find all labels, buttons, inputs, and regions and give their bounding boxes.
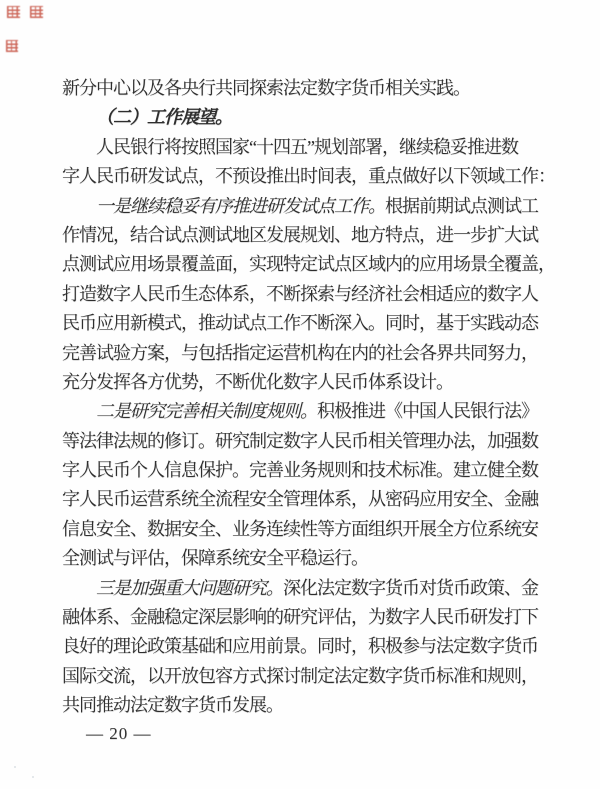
text-line: 打造数字人民币生态体系，不断探索与经济社会相适应的数字人 bbox=[62, 280, 540, 309]
body-text: 充分发挥各方优势，不断优化数字人民币体系设计。 bbox=[62, 372, 453, 392]
document-page: 新分中心以及各央行共同探索法定数字货币相关实践。（二）工作展望。人民银行将按照国… bbox=[0, 0, 600, 789]
text-line: 良好的理论政策基础和应用前景。同时，积极参与法定数字货币 bbox=[62, 632, 540, 661]
red-stamp-mark bbox=[30, 6, 43, 18]
body-text: 点测试应用场景覆盖面，实现特定试点区域内的应用场景全覆盖， bbox=[62, 254, 555, 274]
text-line: 作情况，结合试点测试地区发展规划、地方特点，进一步扩大试 bbox=[62, 221, 540, 250]
text-line: 人民银行将按照国家“十四五”规划部署，继续稳妥推进数 bbox=[62, 133, 540, 162]
text-line: 字人民币个人信息保护。完善业务规则和技术标准。建立健全数 bbox=[62, 456, 540, 485]
text-line: 等法律法规的修订。研究制定数字人民币相关管理办法，加强数 bbox=[62, 427, 540, 456]
body-text: 融体系、金融稳定深层影响的研究评估，为数字人民币研发打下 bbox=[62, 607, 538, 627]
body-text: 根据前期试点测试工 bbox=[385, 196, 538, 216]
scan-speck bbox=[32, 776, 34, 778]
text-line: 国际交流，以开放包容方式探讨制定法定数字货币标准和规则， bbox=[62, 662, 540, 691]
body-text: 民币应用新模式，推动试点工作不断深入。同时，基于实践动态 bbox=[62, 313, 538, 333]
body-text: 共同推动法定数字货币发展。 bbox=[62, 695, 283, 715]
lead-in-text: （二）工作展望。 bbox=[96, 107, 232, 127]
body-text: 积极推进《中国人民银行法》 bbox=[317, 401, 538, 421]
text-line: 民币应用新模式，推动试点工作不断深入。同时，基于实践动态 bbox=[62, 309, 540, 338]
body-text: 字人民币个人信息保护。完善业务规则和技术标准。建立健全数 bbox=[62, 460, 538, 480]
text-line: 融体系、金融稳定深层影响的研究评估，为数字人民币研发打下 bbox=[62, 603, 540, 632]
body-text: 新分中心以及各央行共同探索法定数字货币相关实践。 bbox=[62, 78, 470, 98]
text-line: 二是研究完善相关制度规则。积极推进《中国人民银行法》 bbox=[62, 397, 540, 426]
text-line: 完善试验方案，与包括指定运营机构在内的社会各界共同努力， bbox=[62, 339, 540, 368]
text-line: 信息安全、数据安全、业务连续性等方面组织开展全方位系统安 bbox=[62, 515, 540, 544]
body-text: 作情况，结合试点测试地区发展规划、地方特点，进一步扩大试 bbox=[62, 225, 538, 245]
lead-in-text: 二是研究完善相关制度规则。 bbox=[96, 401, 317, 421]
text-line: （二）工作展望。 bbox=[62, 103, 540, 132]
body-text: 良好的理论政策基础和应用前景。同时，积极参与法定数字货币 bbox=[62, 636, 538, 656]
body-text: 全测试与评估，保障系统安全平稳运行。 bbox=[62, 548, 368, 568]
document-body: 新分中心以及各央行共同探索法定数字货币相关实践。（二）工作展望。人民银行将按照国… bbox=[62, 74, 540, 721]
text-line: 字人民币运营系统全流程安全管理体系，从密码应用安全、金融 bbox=[62, 485, 540, 514]
body-text: 等法律法规的修订。研究制定数字人民币相关管理办法，加强数 bbox=[62, 431, 538, 451]
red-stamp-mark bbox=[6, 40, 18, 52]
body-text: 字人民币运营系统全流程安全管理体系，从密码应用安全、金融 bbox=[62, 489, 538, 509]
red-stamp-mark bbox=[7, 6, 20, 18]
text-line: 全测试与评估，保障系统安全平稳运行。 bbox=[62, 544, 540, 573]
body-text: 信息安全、数据安全、业务连续性等方面组织开展全方位系统安 bbox=[62, 519, 538, 539]
body-text: 国际交流，以开放包容方式探讨制定法定数字货币标准和规则， bbox=[62, 666, 538, 686]
scan-speck bbox=[14, 766, 16, 768]
text-line: 新分中心以及各央行共同探索法定数字货币相关实践。 bbox=[62, 74, 540, 103]
text-line: 点测试应用场景覆盖面，实现特定试点区域内的应用场景全覆盖， bbox=[62, 250, 540, 279]
text-line: 共同推动法定数字货币发展。 bbox=[62, 691, 540, 720]
body-text: 人民银行将按照国家“十四五”规划部署，继续稳妥推进数 bbox=[96, 137, 518, 157]
text-line: 充分发挥各方优势，不断优化数字人民币体系设计。 bbox=[62, 368, 540, 397]
lead-in-text: 一是继续稳妥有序推进研发试点工作。 bbox=[96, 196, 385, 216]
text-line: 字人民币研发试点，不预设推出时间表，重点做好以下领域工作： bbox=[62, 162, 540, 191]
text-line: 一是继续稳妥有序推进研发试点工作。根据前期试点测试工 bbox=[62, 192, 540, 221]
body-text: 深化法定数字货币对货币政策、金 bbox=[283, 578, 538, 598]
text-line: 三是加强重大问题研究。深化法定数字货币对货币政策、金 bbox=[62, 574, 540, 603]
body-text: 字人民币研发试点，不预设推出时间表，重点做好以下领域工作： bbox=[62, 166, 555, 186]
body-text: 打造数字人民币生态体系，不断探索与经济社会相适应的数字人 bbox=[62, 284, 538, 304]
lead-in-text: 三是加强重大问题研究。 bbox=[96, 578, 283, 598]
page-number: — 20 — bbox=[86, 722, 152, 746]
body-text: 完善试验方案，与包括指定运营机构在内的社会各界共同努力， bbox=[62, 343, 538, 363]
